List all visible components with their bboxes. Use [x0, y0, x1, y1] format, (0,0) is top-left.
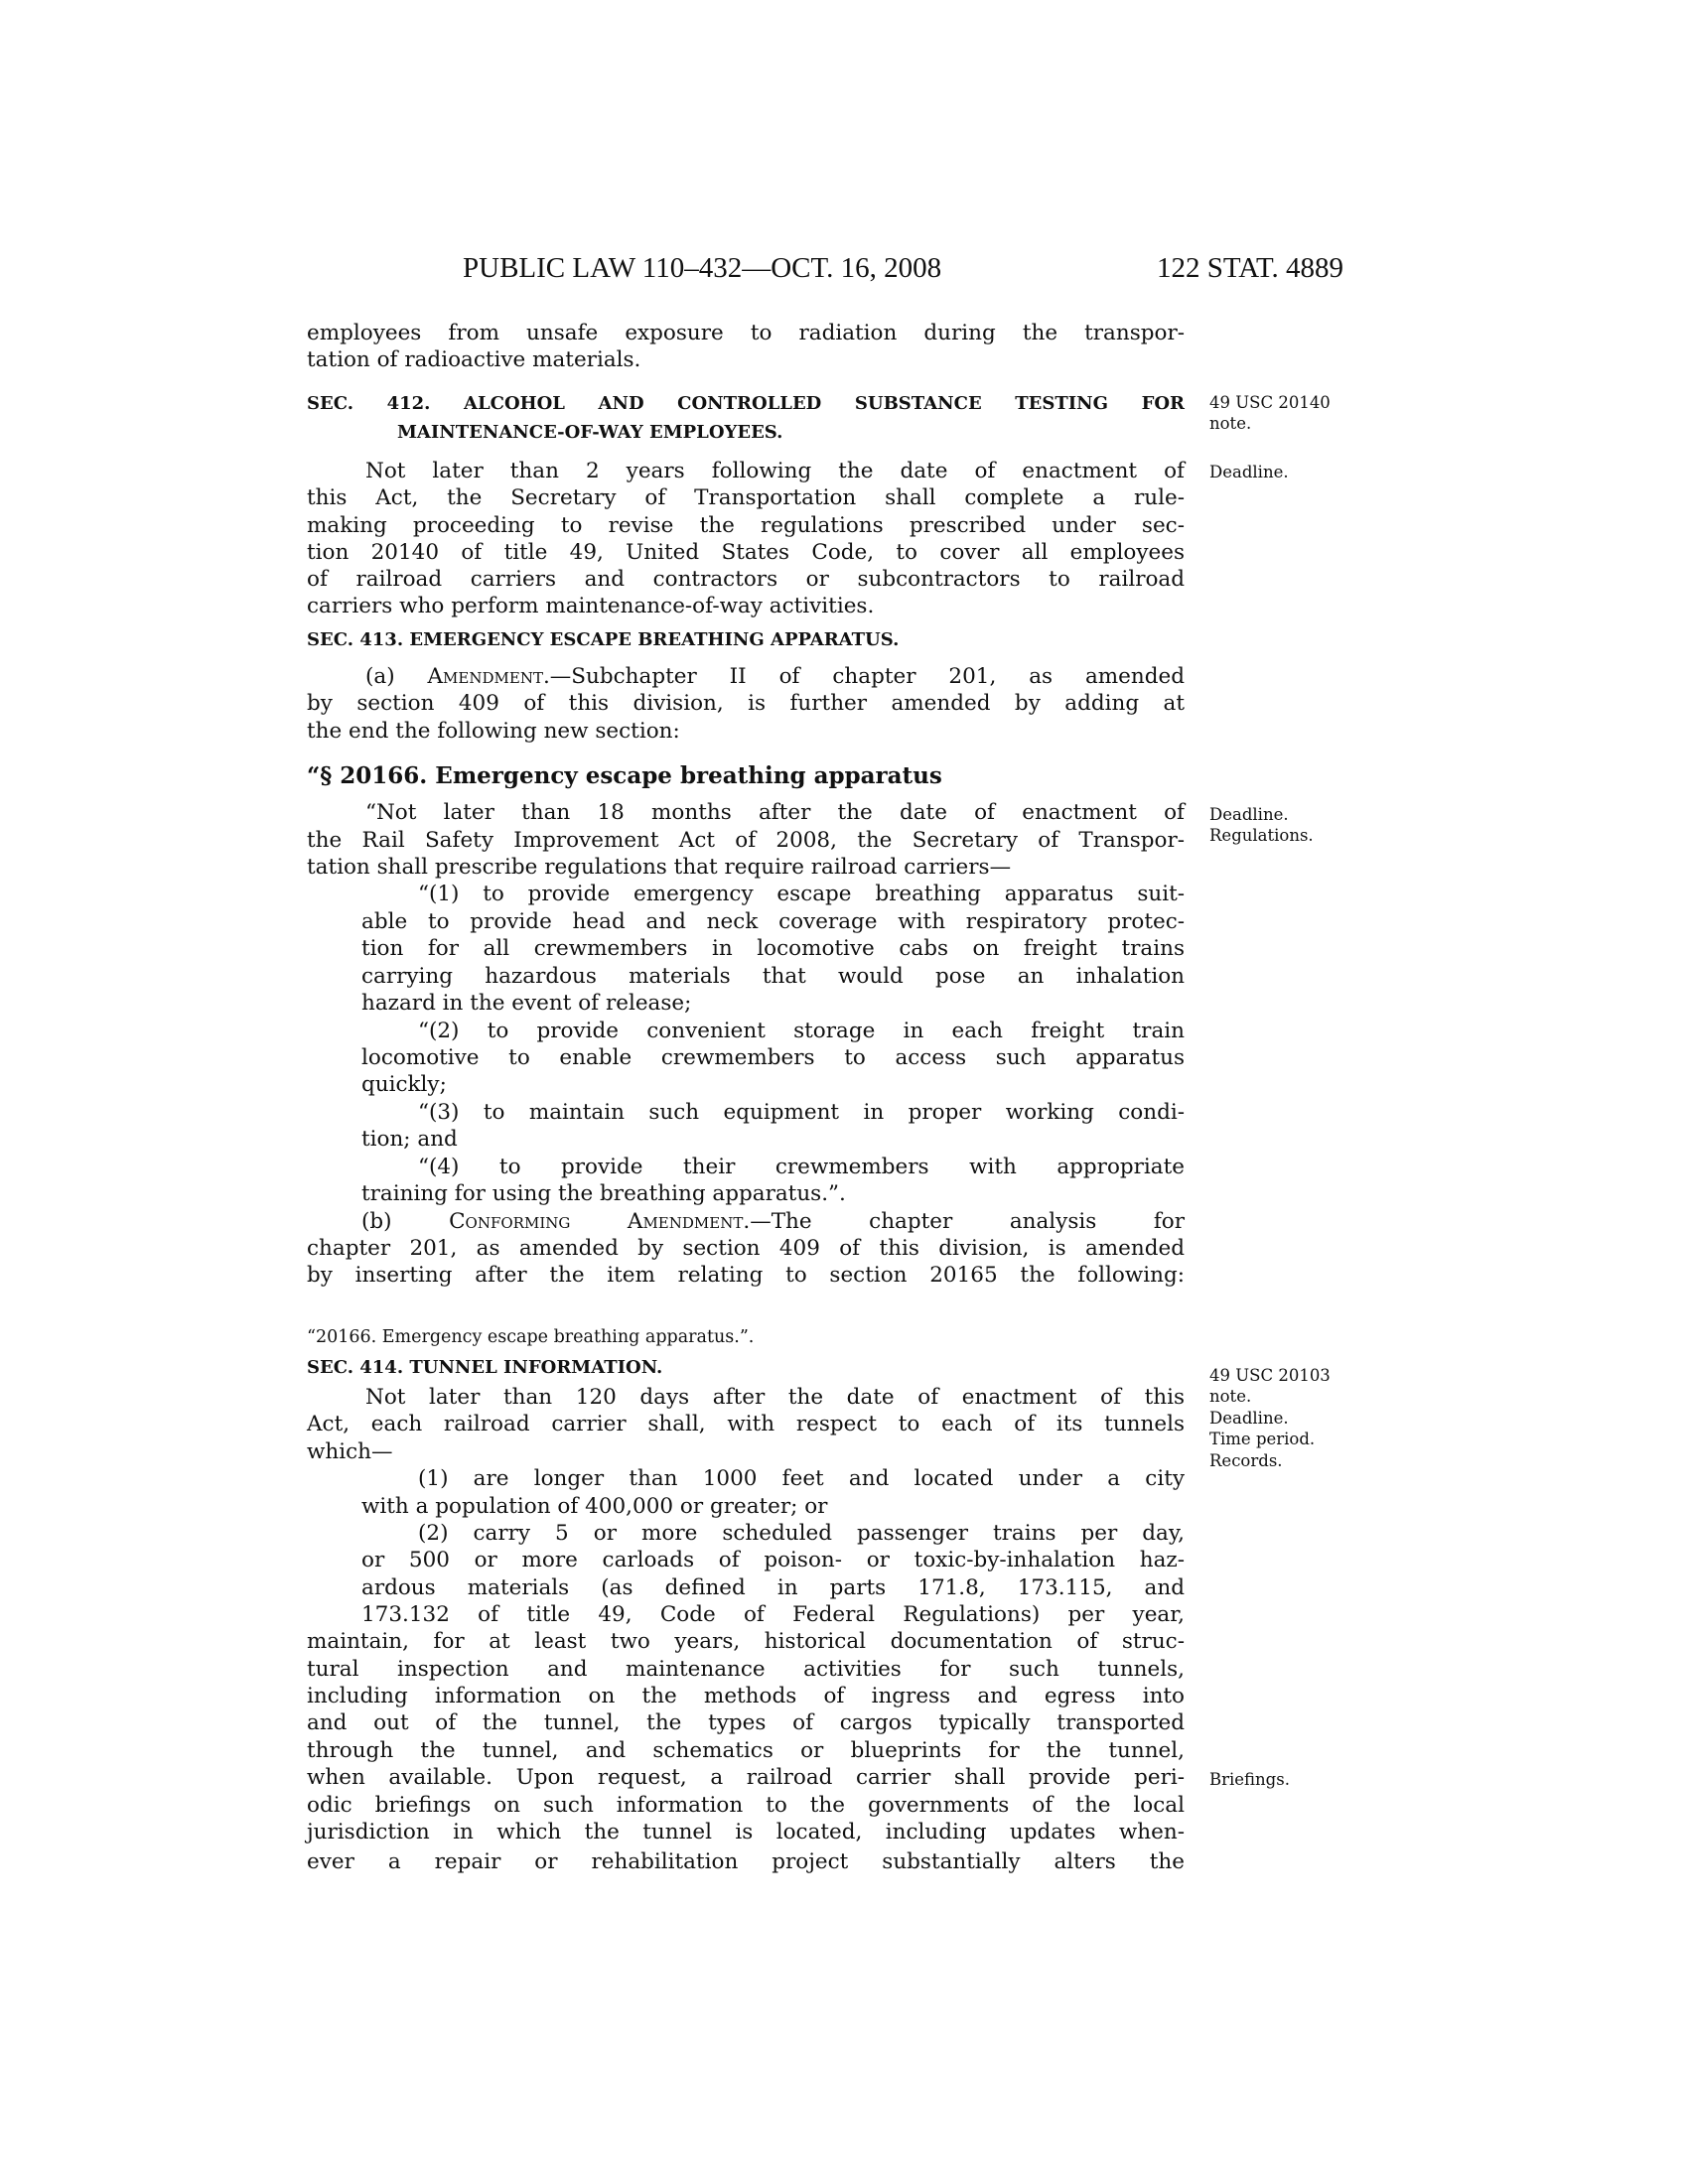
subsection-a-text: .—Subchapter II of chapter 201, as amend… [543, 664, 1185, 689]
body-line: when available. Upon request, a railroad… [307, 1764, 1185, 1792]
section-heading-412-cont: MAINTENANCE-OF-WAY EMPLOYEES. [397, 422, 782, 444]
body-line: odic briefings on such information to th… [307, 1792, 1185, 1820]
running-header-page-ref: 122 STAT. 4889 [1157, 253, 1343, 283]
body-line: including information on the methods of … [307, 1683, 1185, 1710]
subsection-a-line: (a) Amendment.—Subchapter II of chapter … [365, 663, 1185, 691]
body-line: of railroad carriers and contractors or … [307, 566, 1185, 594]
body-line: with a population of 400,000 or greater;… [361, 1493, 1185, 1521]
margin-note: Records. [1209, 1450, 1283, 1471]
body-line: employees from unsafe exposure to radiat… [307, 320, 1185, 347]
body-line: training for using the breathing apparat… [361, 1180, 1185, 1208]
body-line: chapter 201, as amended by section 409 o… [307, 1235, 1185, 1263]
body-line: tion 20140 of title 49, United States Co… [307, 539, 1185, 567]
margin-note: note. [1209, 413, 1251, 434]
body-line: the Rail Safety Improvement Act of 2008,… [307, 827, 1185, 855]
body-line: by section 409 of this division, is furt… [307, 690, 1185, 718]
body-line: maintain, for at least two years, histor… [307, 1628, 1185, 1656]
margin-note: Deadline. [1209, 1408, 1289, 1429]
body-line: jurisdiction in which the tunnel is loca… [307, 1819, 1185, 1846]
body-line: able to provide head and neck coverage w… [361, 908, 1185, 936]
chapter-analysis-item: “20166. Emergency escape breathing appar… [307, 1326, 754, 1348]
body-line: ever a repair or rehabilitation project … [307, 1848, 1185, 1876]
body-line: or 500 or more carloads of poison- or to… [361, 1547, 1185, 1574]
new-section-heading: “§ 20166. Emergency escape breathing app… [307, 762, 942, 790]
body-line: ardous materials (as defined in parts 17… [361, 1574, 1185, 1602]
body-line: hazard in the event of release; [361, 990, 1185, 1018]
body-line: tation of radioactive materials. [307, 346, 1185, 374]
list-item-1: (1) are longer than 1000 feet and locate… [418, 1465, 1185, 1493]
document-page: PUBLIC LAW 110–432—OCT. 16, 2008 122 STA… [0, 0, 1688, 2184]
body-line: tion; and [361, 1126, 1185, 1154]
list-item-2: “(2) to provide convenient storage in ea… [418, 1018, 1185, 1045]
body-line: “Not later than 18 months after the date… [365, 799, 1185, 827]
section-heading-414: SEC. 414. TUNNEL INFORMATION. [307, 1357, 662, 1379]
body-line: tion for all crewmembers in locomotive c… [361, 935, 1185, 963]
body-line: carrying hazardous materials that would … [361, 963, 1185, 991]
margin-note: Regulations. [1209, 825, 1314, 846]
body-line: Act, each railroad carrier shall, with r… [307, 1411, 1185, 1438]
subsection-b-label: (b) [361, 1209, 392, 1234]
body-line: 173.132 of title 49, Code of Federal Reg… [361, 1601, 1185, 1629]
section-heading-413: SEC. 413. EMERGENCY ESCAPE BREATHING APP… [307, 629, 899, 651]
margin-note: note. [1209, 1386, 1251, 1407]
margin-note: Deadline. [1209, 462, 1289, 482]
body-line: carriers who perform maintenance-of-way … [307, 593, 1185, 620]
body-line: by inserting after the item relating to … [307, 1262, 1185, 1290]
margin-note: 49 USC 20140 [1209, 392, 1331, 413]
list-item-2: (2) carry 5 or more scheduled passenger … [418, 1520, 1185, 1548]
body-line: which— [307, 1438, 1185, 1466]
margin-note: Time period. [1209, 1429, 1315, 1449]
body-line: through the tunnel, and schematics or bl… [307, 1737, 1185, 1765]
margin-note: 49 USC 20103 [1209, 1365, 1331, 1386]
margin-note: Briefings. [1209, 1769, 1290, 1790]
list-item-3: “(3) to maintain such equipment in prope… [418, 1099, 1185, 1127]
subsection-a-label: (a) [365, 664, 395, 689]
subsection-b-caption: Conforming Amendment [449, 1209, 743, 1234]
body-line: and out of the tunnel, the types of carg… [307, 1709, 1185, 1737]
body-line: Not later than 2 years following the dat… [365, 458, 1185, 485]
body-line: locomotive to enable crewmembers to acce… [361, 1044, 1185, 1072]
section-heading-412: SEC. 412. ALCOHOL AND CONTROLLED SUBSTAN… [307, 393, 1185, 415]
subsection-b-text: .—The chapter analysis for [743, 1209, 1185, 1234]
body-line: this Act, the Secretary of Transportatio… [307, 484, 1185, 512]
body-line: tation shall prescribe regulations that … [307, 854, 1185, 882]
list-item-4: “(4) to provide their crewmembers with a… [418, 1154, 1185, 1181]
margin-note: Deadline. [1209, 804, 1289, 825]
body-line: making proceeding to revise the regulati… [307, 512, 1185, 540]
running-header-title: PUBLIC LAW 110–432—OCT. 16, 2008 [463, 253, 941, 283]
subsection-b-line: (b) Conforming Amendment.—The chapter an… [361, 1208, 1185, 1236]
body-line: tural inspection and maintenance activit… [307, 1656, 1185, 1684]
subsection-a-caption: Amendment [428, 664, 543, 689]
body-line: the end the following new section: [307, 718, 1185, 746]
body-line: Not later than 120 days after the date o… [365, 1384, 1185, 1412]
list-item-1: “(1) to provide emergency escape breathi… [418, 881, 1185, 908]
body-line: quickly; [361, 1071, 1185, 1099]
